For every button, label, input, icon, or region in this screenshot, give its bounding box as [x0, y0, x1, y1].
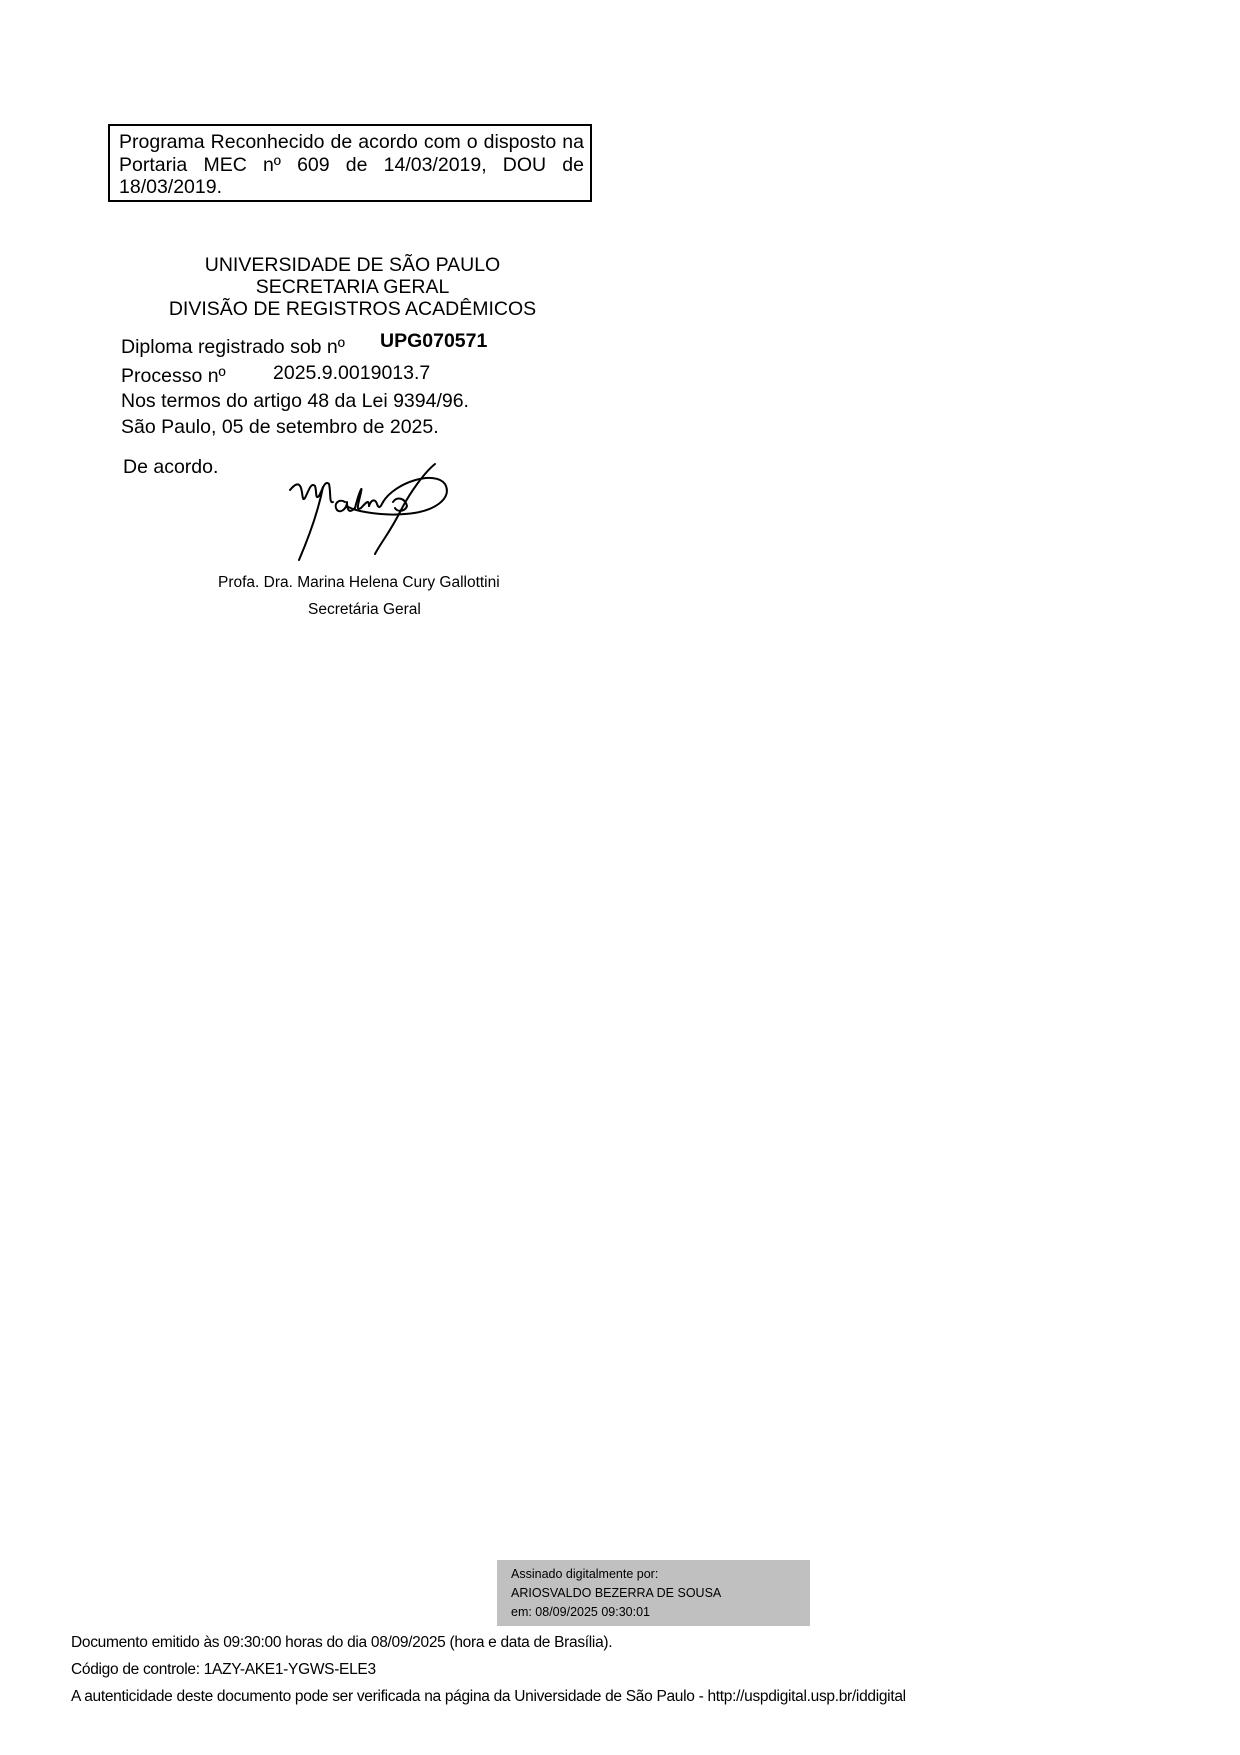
division-name: DIVISÃO DE REGISTROS ACADÊMICOS [120, 298, 585, 320]
approval-label: De acordo. [123, 456, 218, 479]
department-name: SECRETARIA GERAL [120, 276, 585, 298]
place-date: São Paulo, 05 de setembro de 2025. [121, 416, 439, 439]
program-recognition-box: Programa Reconhecido de acordo com o dis… [108, 124, 592, 202]
digital-signature-label: Assinado digitalmente por: [511, 1565, 810, 1584]
signatory-name: Profa. Dra. Marina Helena Cury Gallottin… [218, 574, 500, 592]
footer-authenticity: A autenticidade deste documento pode ser… [71, 1688, 906, 1706]
digital-signature-timestamp: em: 08/09/2025 09:30:01 [511, 1603, 810, 1622]
footer-issued: Documento emitido às 09:30:00 horas do d… [71, 1634, 612, 1652]
diploma-label: Diploma registrado sob nº [121, 336, 345, 359]
process-label: Processo nº [121, 365, 226, 388]
diploma-number: UPG070571 [380, 330, 487, 353]
signatory-title: Secretária Geral [308, 601, 421, 619]
handwritten-signature-icon [285, 462, 455, 567]
legal-basis: Nos termos do artigo 48 da Lei 9394/96. [121, 390, 469, 413]
institution-header: UNIVERSIDADE DE SÃO PAULO SECRETARIA GER… [120, 254, 585, 320]
digital-signature-stamp: Assinado digitalmente por: ARIOSVALDO BE… [497, 1560, 810, 1626]
digital-signature-signer: ARIOSVALDO BEZERRA DE SOUSA [511, 1584, 810, 1603]
program-recognition-text: Programa Reconhecido de acordo com o dis… [119, 131, 584, 199]
university-name: UNIVERSIDADE DE SÃO PAULO [120, 254, 585, 276]
process-number: 2025.9.0019013.7 [273, 362, 430, 385]
footer-control-code: Código de controle: 1AZY-AKE1-YGWS-ELE3 [71, 1661, 376, 1679]
